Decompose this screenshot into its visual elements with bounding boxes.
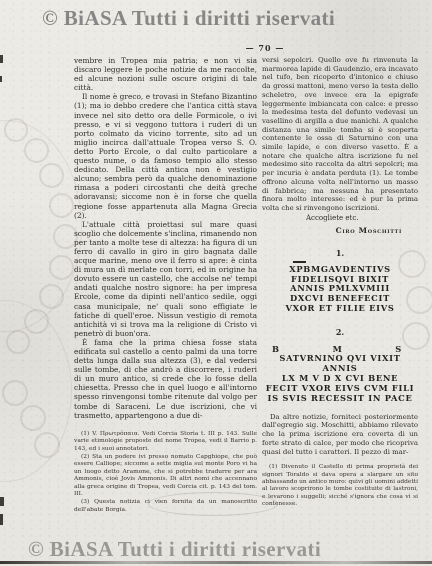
watermark-top: © BiASA Tutti i diritti riservati xyxy=(42,6,335,31)
stamp-bead-artifact xyxy=(49,255,74,280)
inscription-1: XPBMGAVDENTIVS FIDELISQVI BIXIT ANNIS PM… xyxy=(262,265,418,315)
watermark-bottom: © BiASA Tutti i diritti riservati xyxy=(28,537,321,562)
scan-edge-mark xyxy=(0,514,3,525)
stamp-bead-artifact xyxy=(24,138,49,163)
paragraph: È fama che la prima chiesa fosse stata e… xyxy=(74,338,257,420)
left-column: vembre in Tropea mia patria; e non vi si… xyxy=(74,56,257,515)
paragraph: L'attuale città proiettasi sul mare quas… xyxy=(74,220,257,338)
footnote-1: (1) V. Πρωτρόπαια. Vedi Corcia Storia t.… xyxy=(74,431,257,453)
footnote-2: (2) Sta un podere ivi presso nomato Capg… xyxy=(74,454,257,498)
stamp-bead-artifact xyxy=(4,118,28,142)
inscription-2: B M S SATVRNINO QVI VIXIT ANNIS LX M V D… xyxy=(262,344,418,404)
scan-edge-mark xyxy=(0,497,4,506)
inscription-line: IS SVIS RECESSIT IN PACE xyxy=(262,394,418,404)
stamp-bead-artifact xyxy=(2,380,28,406)
paragraph-continuation: vembre in Tropea mia patria; e non vi si… xyxy=(74,56,257,92)
scan-edge-mark xyxy=(0,55,3,63)
footnotes-left: (1) V. Πρωτρόπαια. Vedi Corcia Storia t.… xyxy=(74,431,257,514)
stamp-bead-artifact xyxy=(20,405,46,431)
footnotes-right: (1) Divenuto il Castello di prima propri… xyxy=(262,464,418,508)
author-signature: Ciro Moschitti xyxy=(262,226,402,235)
inscription-1-number: 1. xyxy=(262,248,418,258)
stamp-bead-artifact xyxy=(6,330,30,354)
paragraph: Il nome è greco, e trovasi in Stefano Bi… xyxy=(74,92,257,219)
footnote-3: (3) Questa notizia ci vien fornita da un… xyxy=(74,499,257,514)
paragraph-continuation: versi sepolcri. Quello ove fu rinvenuta … xyxy=(262,56,418,213)
stamp-bead-artifact xyxy=(34,432,60,458)
closing-line: Accogliete etc. xyxy=(306,214,418,222)
inscription-line: SATVRNINO QVI VIXIT ANNIS xyxy=(262,354,418,374)
inscription-line: VXOR ET FILIE EIVS xyxy=(262,304,418,314)
scan-edge-mark xyxy=(0,76,2,82)
stamp-bead-artifact xyxy=(24,309,49,334)
stamp-bead-artifact xyxy=(39,163,64,188)
inscription-2-number: 2. xyxy=(262,327,418,337)
scanned-document-page: © BiASA Tutti i diritti riservati — 70 —… xyxy=(0,0,432,566)
right-column: versi sepolcri. Quello ove fu rinvenuta … xyxy=(262,56,418,510)
stamp-bead-artifact xyxy=(49,193,74,218)
overline-mark xyxy=(293,261,306,263)
footnote-1-right: (1) Divenuto il Castello di prima propri… xyxy=(262,464,418,508)
paragraph: Da altre notizie, forniteci posteriormen… xyxy=(262,413,418,457)
stamp-bead-artifact xyxy=(39,284,64,309)
page-number: — 70 — xyxy=(233,43,297,53)
